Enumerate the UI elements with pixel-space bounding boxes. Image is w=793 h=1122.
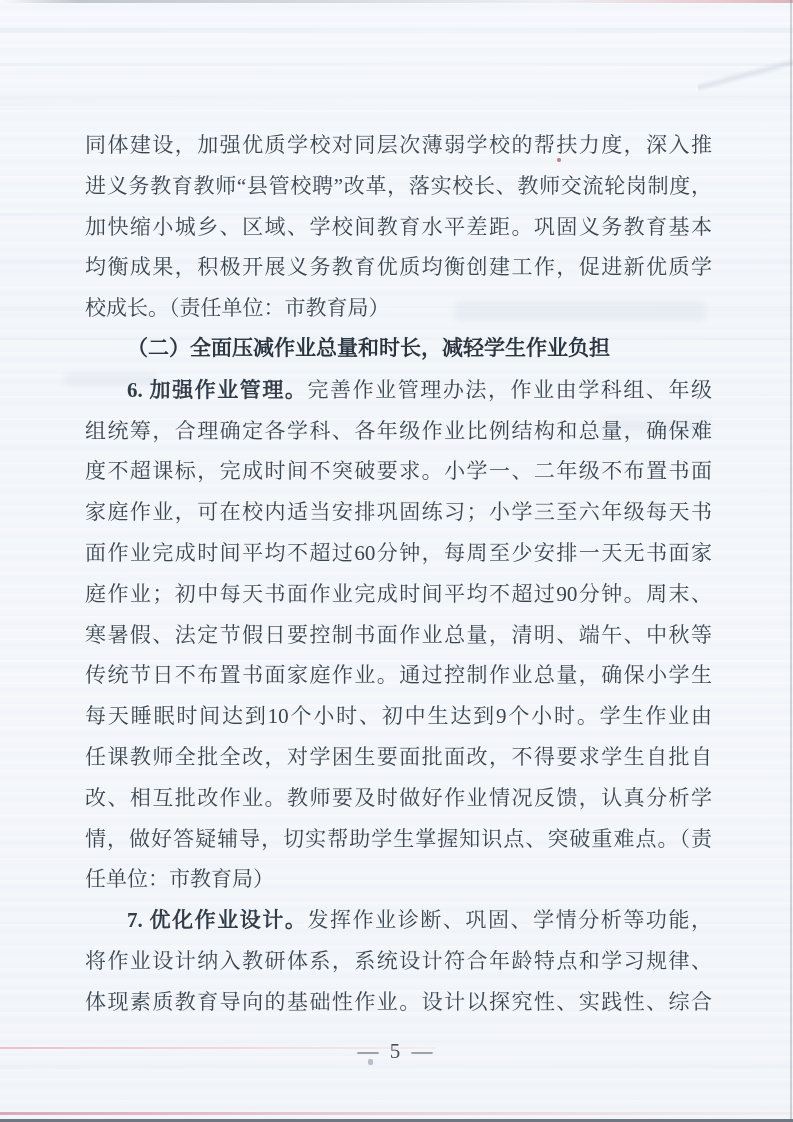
scan-artifact-crease xyxy=(698,55,793,95)
text-line: 体现素质教育导向的基础性作业。设计以探究性、实践性、综合 xyxy=(85,982,712,1023)
scanned-document-page: 同体建设，加强优质学校对同层次薄弱学校的帮扶力度，深入推 进义务教育教师“县管校… xyxy=(0,0,793,1122)
scan-artifact-streak xyxy=(0,96,793,106)
scan-artifact-pink-line xyxy=(0,1112,793,1115)
scan-artifact-right-edge xyxy=(790,0,792,1122)
scan-artifact-streak xyxy=(0,63,793,66)
text-line: 加快缩小城乡、区域、学校间教育水平差距。巩固义务教育基本 xyxy=(85,207,712,248)
section-heading: （二）全面压减作业总量和时长，减轻学生作业负担 xyxy=(85,329,712,370)
text-line: 寒暑假、法定节假日要控制书面作业总量，清明、端午、中秋等 xyxy=(85,615,712,656)
item6-number-lead: 6. 加强作业管理。 xyxy=(127,378,307,402)
text-line: 均衡成果，积极开展义务教育优质均衡创建工作，促进新优质学 xyxy=(85,247,712,288)
item6-first-line-text: 完善作业管理办法，作业由学科组、年级 xyxy=(307,378,712,402)
text-line: 情，做好答疑辅导，切实帮助学生掌握知识点、突破重难点。（责 xyxy=(85,819,712,860)
text-line: 校成长。（责任单位：市教育局） xyxy=(85,288,712,329)
page-number: — 5 — xyxy=(0,1036,793,1066)
text-line: 面作业完成时间平均不超过60分钟，每周至少安排一天无书面家 xyxy=(85,533,712,574)
item7-first-line: 7. 优化作业设计。发挥作业诊断、巩固、学情分析等功能， xyxy=(85,900,712,941)
text-line: 同体建设，加强优质学校对同层次薄弱学校的帮扶力度，深入推 xyxy=(85,125,712,166)
text-line: 任单位：市教育局） xyxy=(85,859,712,900)
item6-first-line: 6. 加强作业管理。完善作业管理办法，作业由学科组、年级 xyxy=(85,370,712,411)
item7-first-line-text: 发挥作业诊断、巩固、学情分析等功能， xyxy=(307,908,712,932)
scan-artifact-top-edge xyxy=(0,0,793,3)
text-line: 改、相互批改作业。教师要及时做好作业情况反馈，认真分析学 xyxy=(85,778,712,819)
scan-artifact-streak xyxy=(0,28,793,33)
text-line: 庭作业；初中每天书面作业完成时间平均不超过90分钟。周末、 xyxy=(85,574,712,615)
text-line: 度不超课标，完成时间不突破要求。小学一、二年级不布置书面 xyxy=(85,451,712,492)
document-body: 同体建设，加强优质学校对同层次薄弱学校的帮扶力度，深入推 进义务教育教师“县管校… xyxy=(85,125,712,1023)
text-line: 组统筹，合理确定各学科、各年级作业比例结构和总量，确保难 xyxy=(85,411,712,452)
text-line: 任课教师全批全改，对学困生要面批面改，不得要求学生自批自 xyxy=(85,737,712,778)
text-line: 进义务教育教师“县管校聘”改革，落实校长、教师交流轮岗制度， xyxy=(85,166,712,207)
text-line: 传统节日不布置书面家庭作业。通过控制作业总量，确保小学生 xyxy=(85,655,712,696)
text-line: 家庭作业，可在校内适当安排巩固练习；小学三至六年级每天书 xyxy=(85,492,712,533)
item7-number-lead: 7. 优化作业设计。 xyxy=(127,908,307,932)
text-line: 每天睡眠时间达到10个小时、初中生达到9个小时。学生作业由 xyxy=(85,696,712,737)
text-line: 将作业设计纳入教研体系，系统设计符合年龄特点和学习规律、 xyxy=(85,941,712,982)
